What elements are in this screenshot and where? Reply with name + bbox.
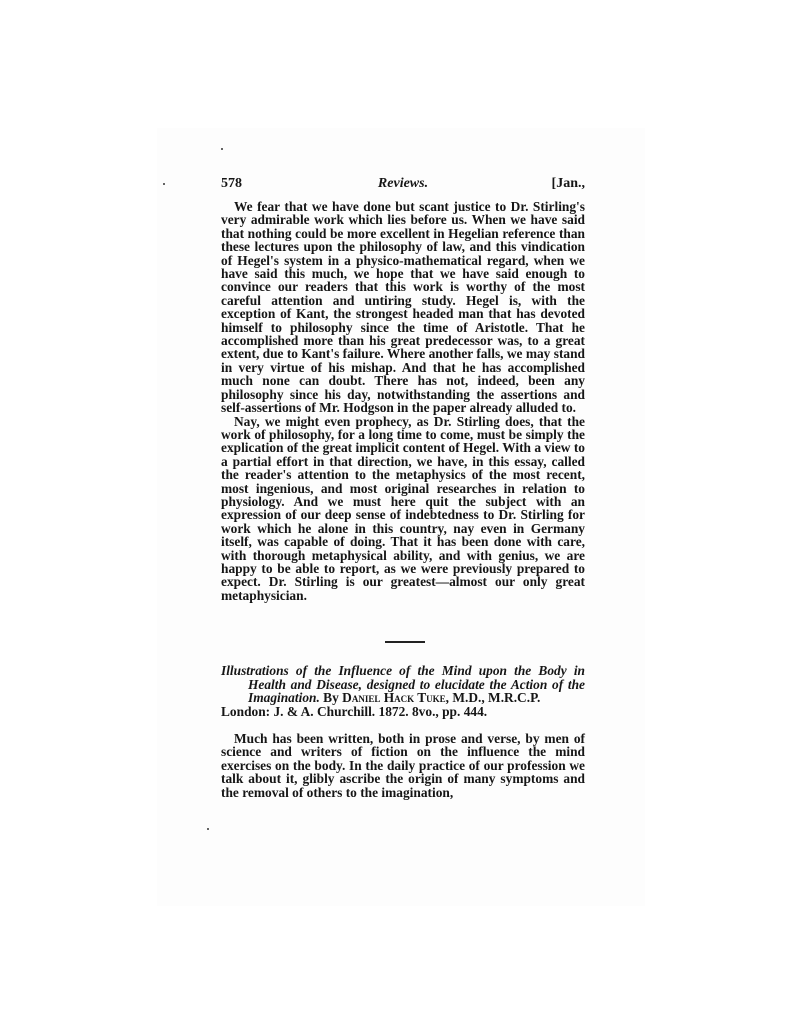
review-body-1: We fear that we have done but scant just… xyxy=(221,200,585,602)
review-citation: Illustrations of the Influence of the Mi… xyxy=(221,664,585,718)
scan-speck xyxy=(221,148,223,150)
paragraph: Much has been written, both in prose and… xyxy=(221,732,585,799)
author-credentials: , M.D., M.R.C.P. xyxy=(446,690,541,705)
running-title: Reviews. xyxy=(221,176,585,192)
section-separator xyxy=(385,641,425,643)
paragraph: Nay, we might even prophecy, as Dr. Stir… xyxy=(221,415,585,603)
scan-speck xyxy=(163,183,165,185)
scan-speck xyxy=(207,828,209,830)
paragraph: We fear that we have done but scant just… xyxy=(221,200,585,415)
running-head: 578 Reviews. [Jan., xyxy=(221,176,585,192)
date-marker: [Jan., xyxy=(552,176,585,192)
publisher-line: London: J. & A. Churchill. 1872. 8vo., p… xyxy=(248,705,585,719)
book-author: Daniel Hack Tuke xyxy=(342,690,445,705)
review-body-2: Much has been written, both in prose and… xyxy=(221,732,585,799)
by-label: By xyxy=(323,690,339,705)
